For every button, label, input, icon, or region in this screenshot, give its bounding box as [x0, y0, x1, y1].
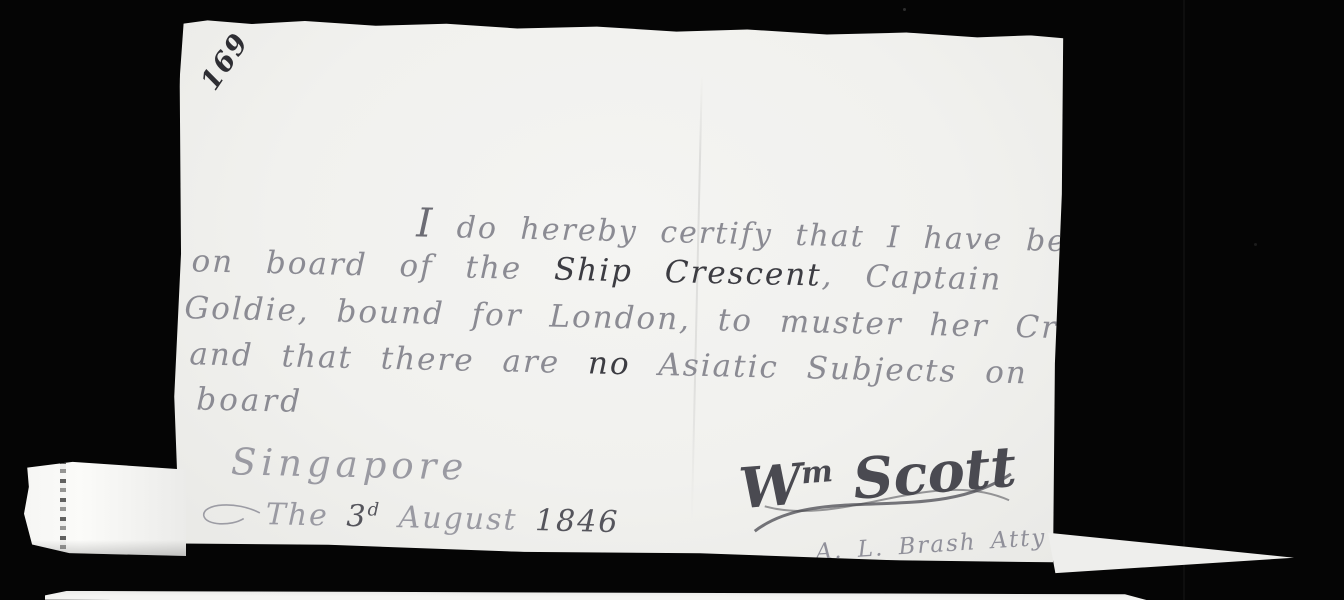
underlying-page-sliver: [1048, 527, 1294, 575]
ship-name: Ship Crescent: [554, 252, 822, 294]
date-day-suffix: d: [367, 499, 381, 520]
scan-background-seam: [1183, 0, 1185, 600]
line4-pre: and that there are: [189, 336, 588, 381]
date-article: The: [265, 497, 346, 534]
handwritten-line-5: board: [196, 381, 303, 419]
line2-post: , Captain: [821, 258, 1002, 298]
dust-speck: [1254, 243, 1257, 246]
signature-secondary: A. L. Brash Atty: [815, 525, 1048, 566]
line4-emphasis: no: [588, 345, 631, 382]
date-month: August: [381, 500, 536, 538]
line1-initial: I: [416, 200, 435, 246]
handwritten-line-4: and that there are no Asiatic Subjects o…: [189, 336, 1028, 391]
line4-post: Asiatic Subjects on: [630, 346, 1028, 391]
signature-primary: Wm Scott: [737, 434, 1019, 523]
date-day: 3: [346, 499, 368, 534]
page-curl: [24, 460, 186, 556]
signature-surname: Scott: [831, 434, 1019, 515]
signature-initial: W: [737, 451, 805, 522]
fold-crease: [691, 75, 703, 520]
curl-bottom-shade: [24, 540, 186, 556]
document-page: 169 I do hereby certify that I have been…: [169, 15, 1066, 565]
date-year: 1846: [535, 503, 620, 540]
place-name: Singapore: [231, 440, 469, 488]
signature-superscript: m: [800, 454, 835, 491]
underlying-page-bottom-edge: [45, 590, 1147, 600]
page-number: 169: [195, 27, 256, 96]
scanned-document-view: 169 I do hereby certify that I have been…: [0, 0, 1344, 600]
line2-pre: on board of the: [191, 243, 554, 287]
date-line: The 3d August 1846: [265, 497, 619, 540]
pen-flourish-icon: [198, 502, 263, 529]
dust-speck: [903, 8, 906, 11]
